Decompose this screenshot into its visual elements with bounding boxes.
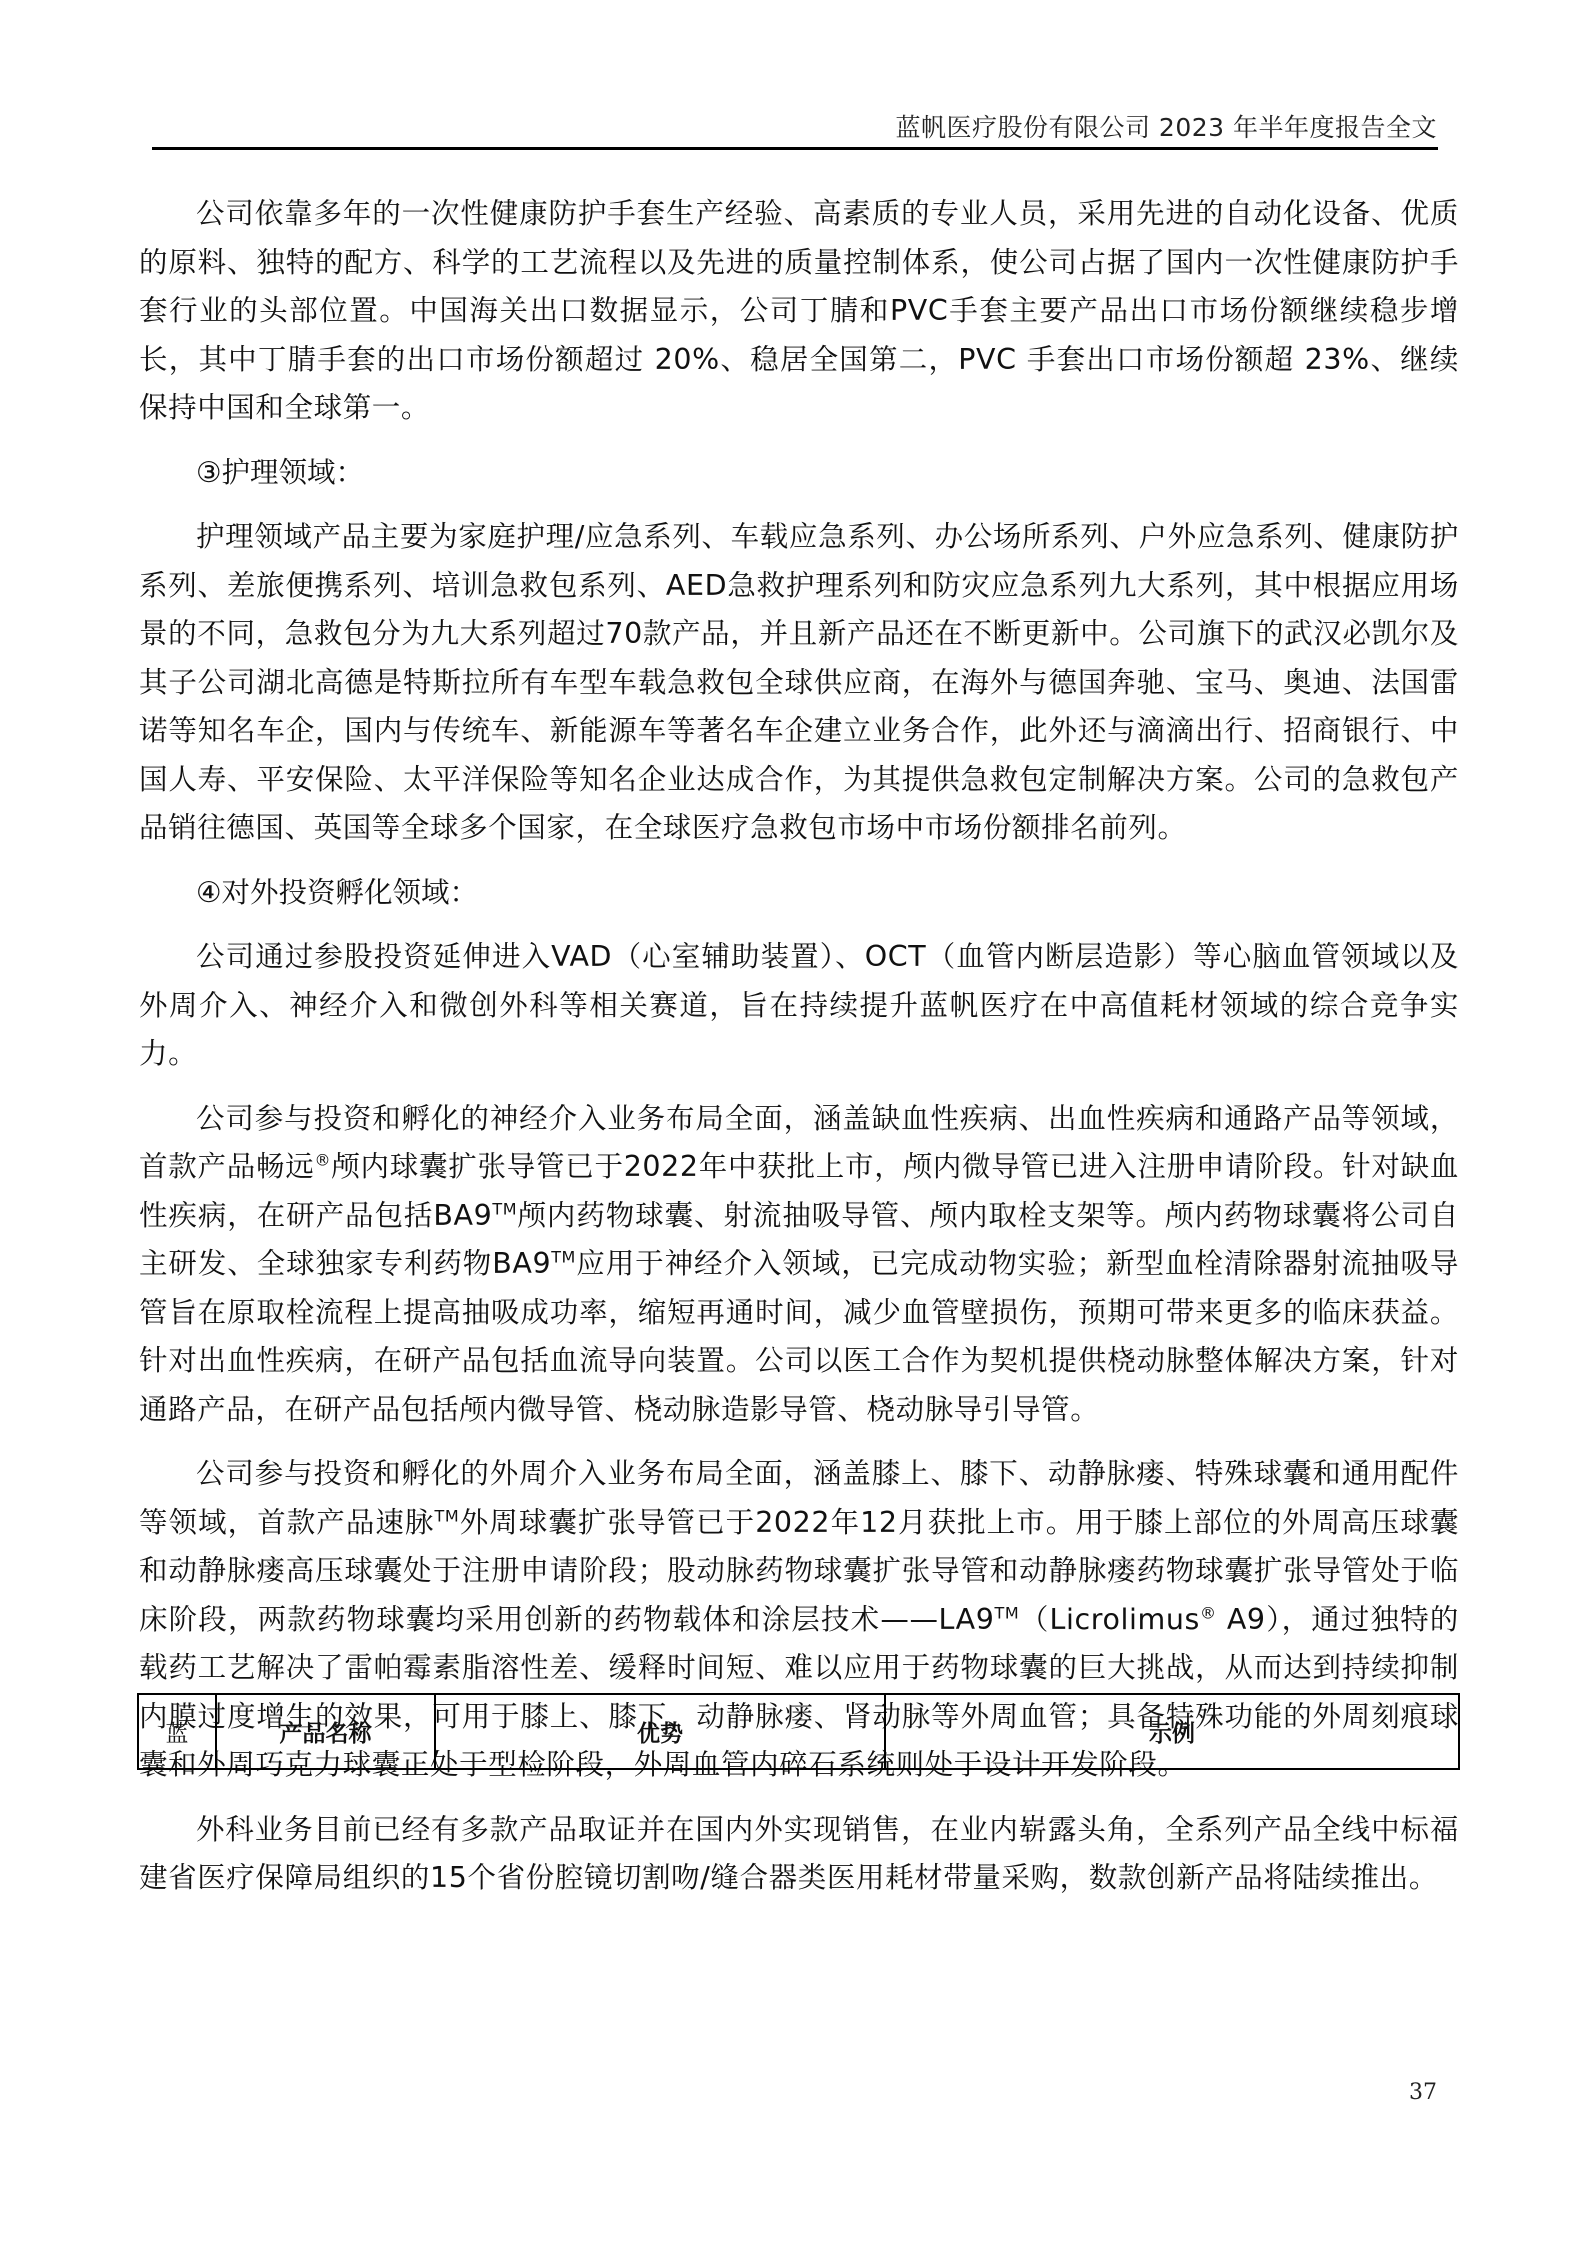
table-header-brand: 蓝 bbox=[138, 1694, 216, 1769]
paragraph-surgery-business: 外科业务目前已经有多款产品取证并在国内外实现销售，在业内崭露头角，全系列产品全线… bbox=[139, 1806, 1459, 1903]
registered-mark: ® bbox=[314, 1151, 331, 1170]
product-table: 蓝 产品名称 优势 示例 bbox=[137, 1693, 1460, 1770]
header-divider bbox=[152, 147, 1438, 150]
section-heading-care: ③护理领域： bbox=[139, 449, 1459, 498]
report-header-title: 蓝帆医疗股份有限公司 2023 年半年度报告全文 bbox=[895, 108, 1437, 144]
report-body: 公司依靠多年的一次性健康防护手套生产经验、高素质的专业人员，采用先进的自动化设备… bbox=[139, 190, 1459, 1919]
paragraph-care-products: 护理领域产品主要为家庭护理/应急系列、车载应急系列、办公场所系列、户外应急系列、… bbox=[139, 513, 1459, 853]
paragraph-gloves-market: 公司依靠多年的一次性健康防护手套生产经验、高素质的专业人员，采用先进的自动化设备… bbox=[139, 190, 1459, 433]
paragraph-neuro-intervention: 公司参与投资和孵化的神经介入业务布局全面，涵盖缺血性疾病、出血性疾病和通路产品等… bbox=[139, 1095, 1459, 1435]
text-segment: （Licrolimus bbox=[1019, 1603, 1200, 1636]
registered-mark: ® bbox=[1200, 1603, 1217, 1622]
paragraph-investment-overview: 公司通过参股投资延伸进入VAD（心室辅助装置）、OCT（血管内断层造影）等心脑血… bbox=[139, 933, 1459, 1079]
table-header-row: 蓝 产品名称 优势 示例 bbox=[138, 1694, 1459, 1769]
trademark: TM bbox=[995, 1603, 1020, 1622]
trademark: TM bbox=[492, 1199, 517, 1218]
table-header-advantage: 优势 bbox=[435, 1694, 885, 1769]
trademark: TM bbox=[551, 1248, 576, 1267]
page-number: 37 bbox=[1409, 2080, 1437, 2105]
section-heading-investment: ④对外投资孵化领域： bbox=[139, 869, 1459, 918]
table-header-product-name: 产品名称 bbox=[216, 1694, 435, 1769]
table-header-example: 示例 bbox=[885, 1694, 1459, 1769]
trademark: TM bbox=[434, 1506, 459, 1525]
